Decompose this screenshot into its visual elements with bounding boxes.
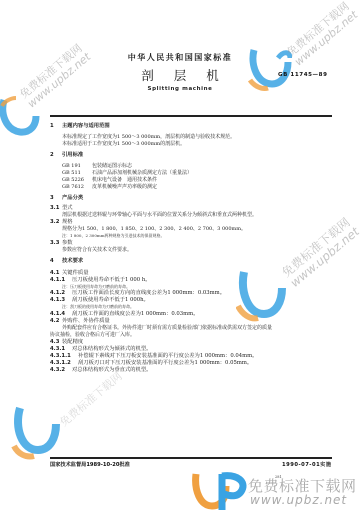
section-4-heading: 4技术要求 bbox=[50, 259, 335, 266]
section-3-1-text: 剖层机根据过送料辊与环带轴心平面与水平面的位置关系分为倾斜式和垂直式两种机型。 bbox=[50, 213, 335, 220]
footer-divider bbox=[50, 457, 332, 459]
section-1-paragraph: 本标准适用于工作宽度为1 500～3 000mm的剖层机。 bbox=[50, 142, 335, 149]
section-3-3-text: 参数应符合有关技术文件要求。 bbox=[50, 248, 335, 255]
standard-code: GB 11745—89 bbox=[278, 72, 328, 78]
section-2-heading: 2引用标准 bbox=[50, 153, 335, 160]
watermark-logo-lower-left bbox=[10, 400, 60, 460]
header-divider bbox=[50, 115, 332, 117]
watermark-site-url: www.upbz.net bbox=[250, 493, 347, 507]
watermark-text-lower-left: 免费标准下载网 bbox=[58, 371, 124, 429]
section-1-heading: 1主题内容与适用范围 bbox=[50, 124, 335, 131]
clause-4-3-2: 4.3.2对总体结构形式为垂直式的机型。 bbox=[50, 368, 335, 375]
watermark-logo-bottom bbox=[192, 470, 248, 511]
page-number: 281 bbox=[275, 475, 282, 479]
section-4-2-text: 协议抽检，验收合格后方可进厂入库。 bbox=[50, 333, 335, 340]
section-3-heading: 3产品分类 bbox=[50, 196, 335, 203]
national-standard-label: 中华人民共和国国家标准 bbox=[0, 52, 360, 63]
reference-item: GB 7612皮革机械噪声声功率级的测定 bbox=[50, 185, 335, 192]
document-body: 1主题内容与适用范围 本标准规定了工作宽度为1 500～3 000mm，剖层机的… bbox=[50, 124, 335, 375]
approval-date: 国家技术监督局1989-10-20批准 bbox=[50, 461, 130, 468]
implementation-date: 1990-07-01实施 bbox=[282, 461, 332, 468]
document-title-english: Splitting machine bbox=[0, 86, 360, 92]
